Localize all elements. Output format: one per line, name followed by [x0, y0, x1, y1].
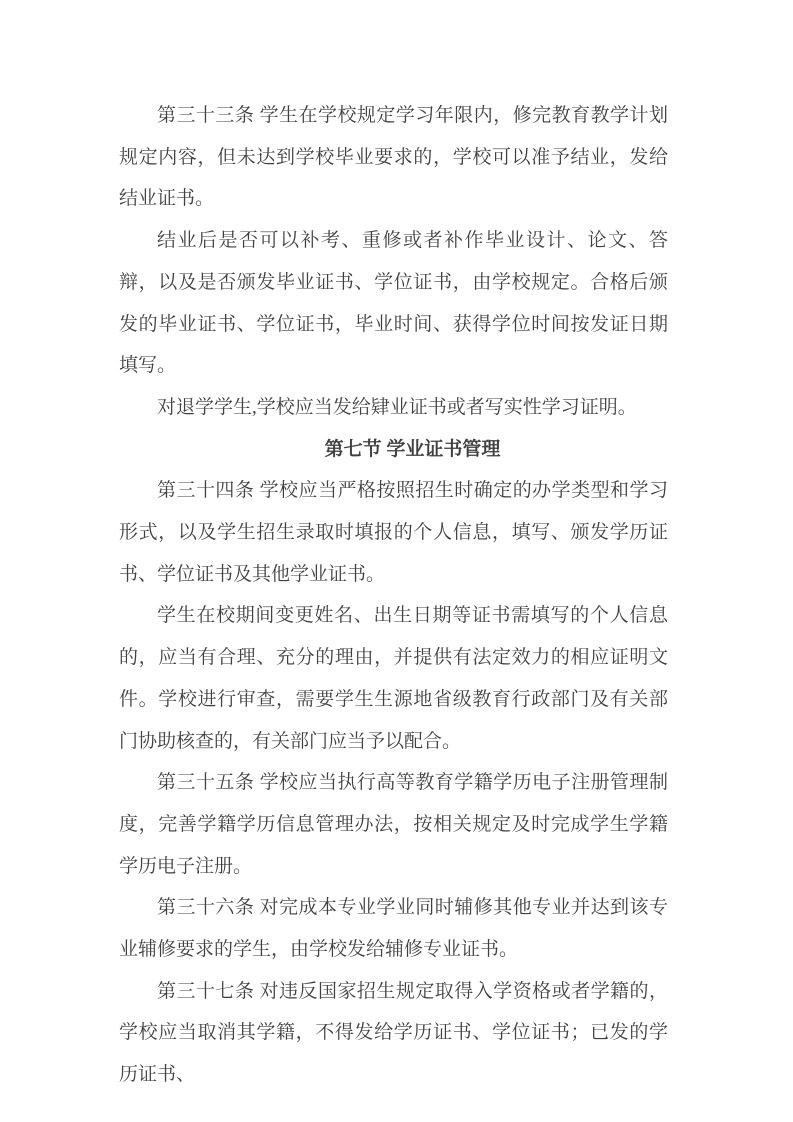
paragraph-article-34: 第三十四条 学校应当严格按照招生时确定的办学类型和学习形式，以及学生招生录取时填…: [119, 470, 668, 595]
paragraph-personal-info-change: 学生在校期间变更姓名、出生日期等证书需填写的个人信息的，应当有合理、充分的理由，…: [119, 595, 668, 762]
document-page: 第三十三条 学生在学校规定学习年限内，修完教育教学计划规定内容，但未达到学校毕业…: [0, 0, 793, 1122]
document-text-block: 第三十三条 学生在学校规定学习年限内，修完教育教学计划规定内容，但未达到学校毕业…: [119, 95, 668, 1096]
paragraph-article-37: 第三十七条 对违反国家招生规定取得入学资格或者学籍的，学校应当取消其学籍，不得发…: [119, 971, 668, 1096]
paragraph-article-33: 第三十三条 学生在学校规定学习年限内，修完教育教学计划规定内容，但未达到学校毕业…: [119, 95, 668, 220]
paragraph-article-36: 第三十六条 对完成本专业学业同时辅修其他专业并达到该专业辅修要求的学生，由学校发…: [119, 887, 668, 970]
section-heading: 第七节 学业证书管理: [119, 429, 668, 471]
paragraph-after-jieye: 结业后是否可以补考、重修或者补作毕业设计、论文、答辩，以及是否颁发毕业证书、学位…: [119, 220, 668, 387]
paragraph-withdrawal-certificate: 对退学学生,学校应当发给肄业证书或者写实性学习证明。: [119, 387, 668, 429]
paragraph-article-35: 第三十五条 学校应当执行高等教育学籍学历电子注册管理制度，完善学籍学历信息管理办…: [119, 762, 668, 887]
